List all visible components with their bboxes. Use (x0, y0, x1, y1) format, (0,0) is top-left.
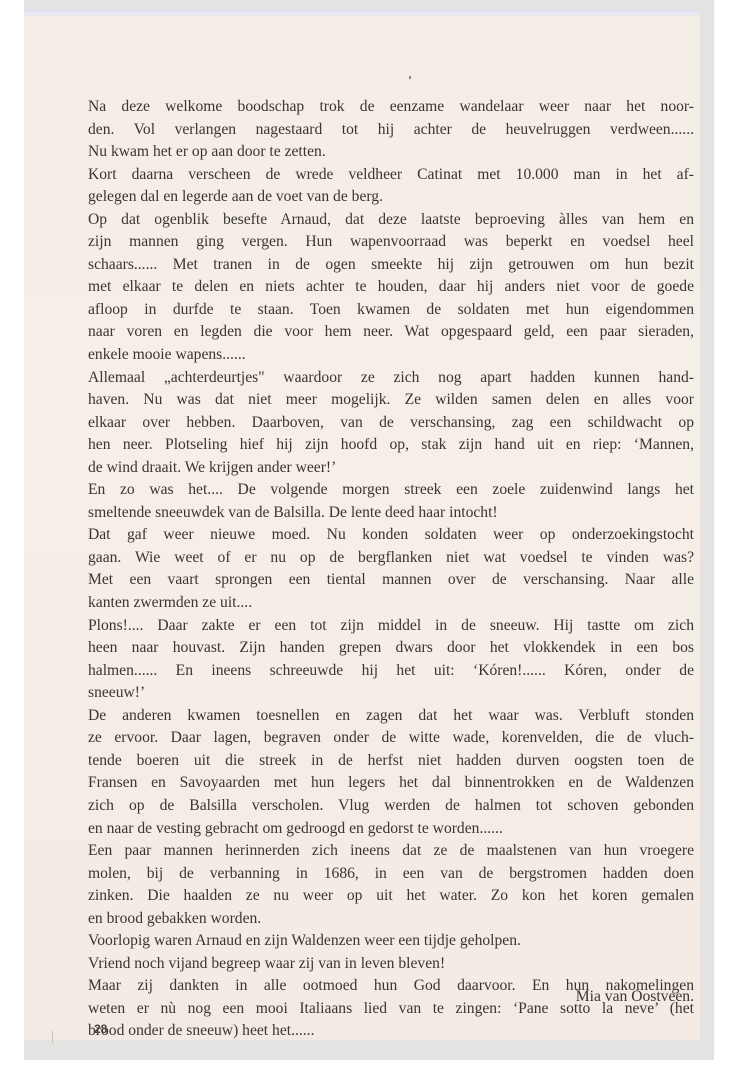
text-line: tende boeren uit die streek in de herfst… (88, 750, 694, 773)
page-margin-mark (52, 1031, 53, 1043)
text-line: gelegen dal en legerde aan de voet van d… (88, 186, 694, 209)
text-line: en naar de vesting gebracht om gedroogd … (88, 818, 694, 841)
author-signature: Mia van Oostveen. (576, 988, 694, 1006)
text-line: sneeuw!’ (88, 682, 694, 705)
text-line: Kort daarna verscheen de wrede veldheer … (88, 164, 694, 187)
text-line: zinken. Die haalden ze nu weer op uit he… (88, 885, 694, 908)
text-line: de wind draait. We krijgen ander weer!’ (88, 457, 694, 480)
text-line: Fransen en Savoyaarden met hun legers he… (88, 772, 694, 795)
text-line: naar voren en legden die voor hem neer. … (88, 321, 694, 344)
text-line: hen neer. Plotseling hief hij zijn hoofd… (88, 434, 694, 457)
text-line: haven. Nu was dat niet meer mogelijk. Ze… (88, 389, 694, 412)
text-line: ze ervoor. Daar lagen, begraven onder de… (88, 727, 694, 750)
text-line: halmen...... En ineens schreeuwde hij he… (88, 660, 694, 683)
text-line: smeltende sneeuwdek van de Balsilla. De … (88, 502, 694, 525)
text-line: molen, bij de verbanning in 1686, in een… (88, 863, 694, 886)
text-line: zijn mannen ging vergen. Hun wapenvoorra… (88, 231, 694, 254)
text-line: Nu kwam het er op aan door te zetten. (88, 141, 694, 164)
text-line: Allemaal „achterdeurtjes" waardoor ze zi… (88, 367, 694, 390)
text-line: den. Vol verlangen nagestaard tot hij ac… (88, 119, 694, 142)
print-speck (409, 76, 411, 79)
text-line: afloop in durfde te staan. Toen kwamen d… (88, 299, 694, 322)
story-body-text: Na deze welkome boodschap trok de eenzam… (88, 96, 694, 1043)
text-line: De anderen kwamen toesnellen en zagen da… (88, 705, 694, 728)
text-line: zich op de Balsilla verscholen. Vlug wer… (88, 795, 694, 818)
text-line: met elkaar te delen en niets achter te h… (88, 276, 694, 299)
text-line: Voorlopig waren Arnaud en zijn Waldenzen… (88, 930, 694, 953)
text-line: kanten zwermden ze uit.... (88, 592, 694, 615)
text-line: Dat gaf weer nieuwe moed. Nu konden sold… (88, 524, 694, 547)
text-line: schaars...... Met tranen in de ogen smee… (88, 254, 694, 277)
text-line: Vriend noch vijand begreep waar zij van … (88, 953, 694, 976)
text-line: heen naar houvast. Zijn handen grepen dw… (88, 637, 694, 660)
text-line: enkele mooie wapens...... (88, 344, 694, 367)
text-line: Een paar mannen herinnerden zich ineens … (88, 840, 694, 863)
text-line: Na deze welkome boodschap trok de eenzam… (88, 96, 694, 119)
text-line: gaan. Wie weet of er nu op de bergflanke… (88, 547, 694, 570)
text-line: elkaar over hebben. Daarboven, van de ve… (88, 412, 694, 435)
page-number: 28 (94, 1022, 107, 1036)
text-line: En zo was het.... De volgende morgen str… (88, 479, 694, 502)
text-line: brood onder de sneeuw) heet het...... (88, 1020, 694, 1043)
text-line: Plons!.... Daar zakte er een tot zijn mi… (88, 615, 694, 638)
text-line: en brood gebakken worden. (88, 908, 694, 931)
text-line: Op dat ogenblik besefte Arnaud, dat deze… (88, 209, 694, 232)
text-line: Met een vaart sprongen een tiental manne… (88, 569, 694, 592)
